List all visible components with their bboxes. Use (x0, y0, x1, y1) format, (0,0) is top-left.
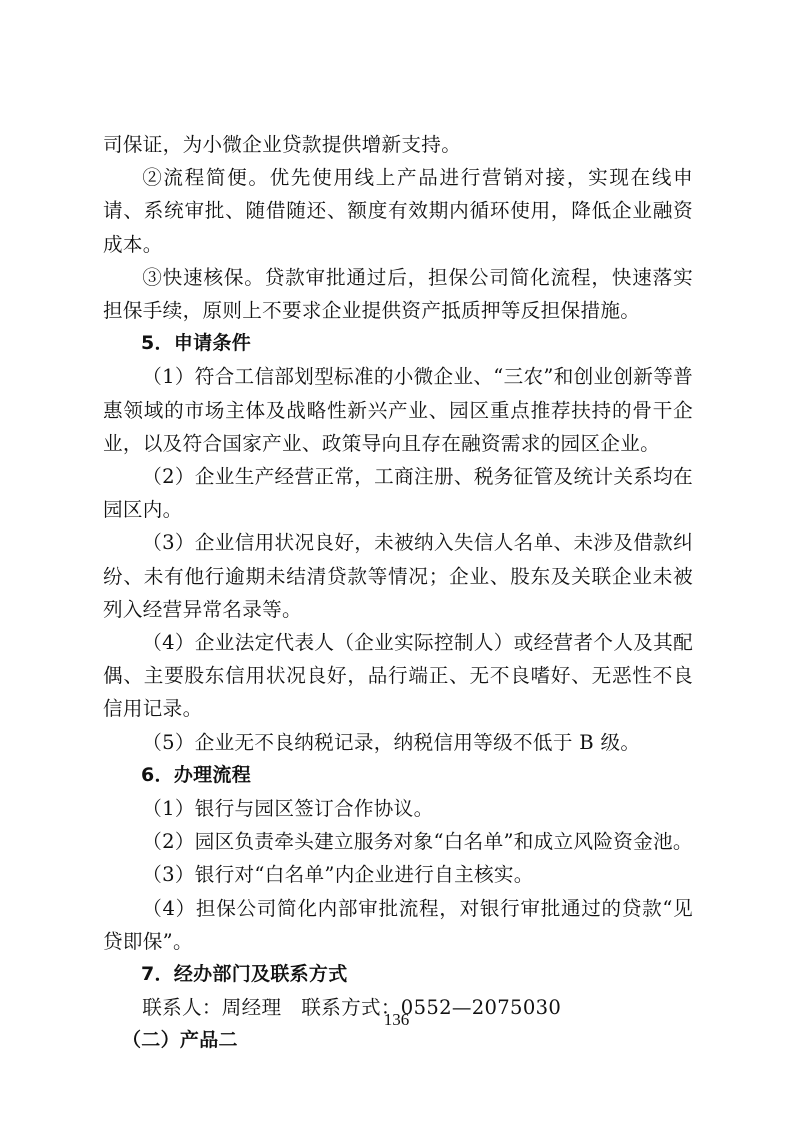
process-item: （3）银行对“白名单”内企业进行自主核实。 (103, 858, 693, 891)
condition-item: （4）企业法定代表人（企业实际控制人）或经营者个人及其配偶、主要股东信用状况良好… (103, 626, 693, 726)
page-number: 136 (0, 1010, 793, 1030)
section-heading-application-conditions: 5．申请条件 (103, 327, 693, 360)
section-heading-process: 6．办理流程 (103, 759, 693, 792)
section-heading-contact: 7．经办部门及联系方式 (103, 958, 693, 991)
document-page: 司保证，为小微企业贷款提供增新支持。 ②流程简便。优先使用线上产品进行营销对接，… (103, 128, 693, 1058)
paragraph-simple-process: ②流程简便。优先使用线上产品进行营销对接，实现在线申请、系统审批、随借随还、额度… (103, 161, 693, 261)
paragraph-fast-guarantee: ③快速核保。贷款审批通过后，担保公司简化流程，快速落实担保手续，原则上不要求企业… (103, 261, 693, 327)
process-item: （4）担保公司简化内部审批流程，对银行审批通过的贷款“见贷即保”。 (103, 892, 693, 958)
condition-item: （2）企业生产经营正常，工商注册、税务征管及统计关系均在园区内。 (103, 460, 693, 526)
process-item: （2）园区负责牵头建立服务对象“白名单”和成立风险资金池。 (103, 825, 693, 858)
condition-item: （3）企业信用状况良好，未被纳入失信人名单、未涉及借款纠纷、未有他行逾期未结清贷… (103, 526, 693, 626)
condition-item: （1）符合工信部划型标准的小微企业、“三农”和创业创新等普惠领域的市场主体及战略… (103, 360, 693, 460)
condition-item: （5）企业无不良纳税记录，纳税信用等级不低于 B 级。 (103, 726, 693, 759)
process-item: （1）银行与园区签订合作协议。 (103, 792, 693, 825)
paragraph-guarantee-continuation: 司保证，为小微企业贷款提供增新支持。 (103, 128, 693, 161)
